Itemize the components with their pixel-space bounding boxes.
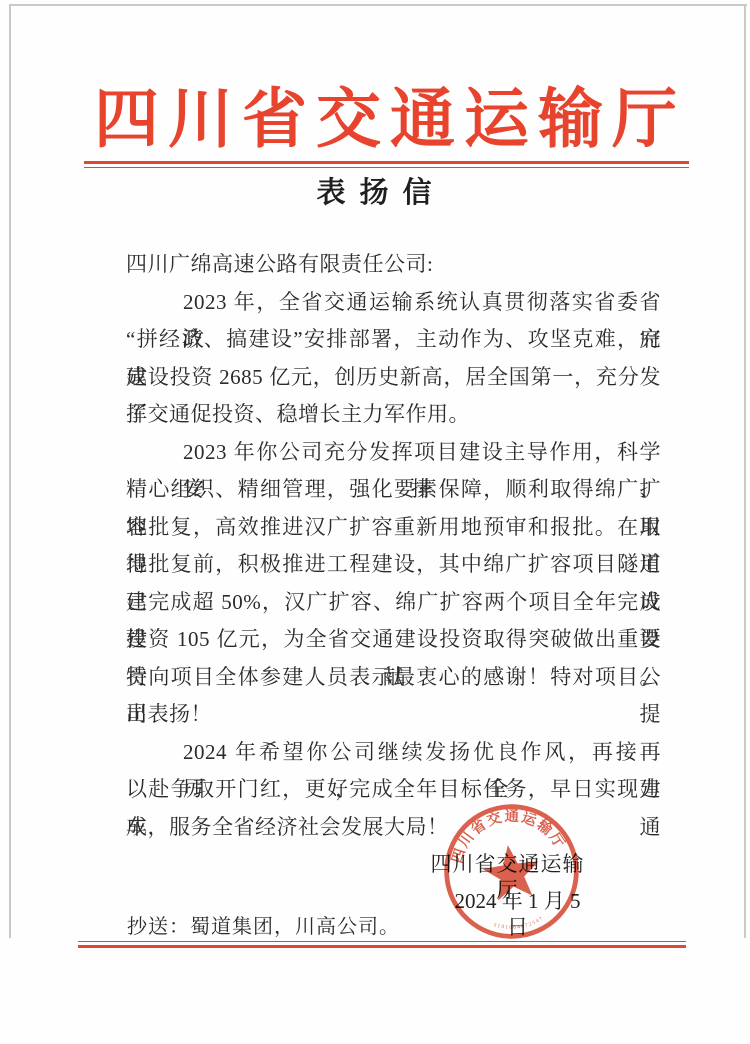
page-edge-top: [9, 4, 747, 6]
page-edge-left: [9, 4, 11, 938]
footer-rule-thin: [78, 941, 686, 942]
body-line: 2024 年希望你公司继续发扬优良作风，再接再厉，全力: [126, 734, 661, 772]
document-title: 表扬信: [12, 174, 750, 212]
body-line: 已完成超 50%，汉广扩容、绵广扩容两个项目全年完成建设: [126, 584, 661, 622]
scanned-letter-page: 四川省交通运输厅 表扬信 四川广绵高速公路有限责任公司:2023 年，全省交通运…: [0, 0, 750, 1044]
body-line: 2023 年你公司充分发挥项目建设主导作用，科学安排、: [126, 434, 661, 472]
body-line: 投资 105 亿元，为全省交通建设投资取得突破做出重要贡献。: [126, 621, 661, 659]
star-icon: [480, 841, 543, 902]
body-line: 地批复，高效推进汉广扩容重新用地预审和报批。在取得用: [126, 509, 661, 547]
body-line: 2023 年，全省交通运输系统认真贯彻落实省委省政府: [126, 284, 661, 322]
letterhead-rule-thick: [84, 161, 689, 164]
body-line: 了交通促投资、稳增长主力军作用。: [126, 396, 661, 434]
body-line: 四川广绵高速公路有限责任公司:: [126, 246, 661, 284]
body-line: 精心组织、精细管理，强化要素保障，顺利取得绵广扩容用: [126, 471, 661, 509]
letterhead-title: 四川省交通运输厅: [30, 82, 750, 158]
body-text: 四川广绵高速公路有限责任公司:2023 年，全省交通运输系统认真贯彻落实省委省政…: [126, 246, 661, 846]
letterhead-rule-thin: [84, 167, 689, 168]
body-line: 建设投资 2685 亿元，创历史新高，居全国第一，充分发挥: [126, 359, 661, 397]
official-seal: 四川省交通运输厅 5101064872547: [431, 791, 593, 953]
body-line: 地批复前，积极推进工程建设，其中绵广扩容项目隧道建设: [126, 546, 661, 584]
body-line: 以赴争取开门红，更好完成全年目标任务，早日实现建成通: [126, 771, 661, 809]
cc-line: 抄送：蜀道集团，川高公司。: [127, 914, 400, 940]
footer-rule-thick: [78, 945, 686, 948]
body-line: “拼经济、搞建设”安排部署，主动作为、攻坚克难，完成: [126, 321, 661, 359]
body-line: 特向项目全体参建人员表示最衷心的感谢！特对项目公司提: [126, 659, 661, 697]
